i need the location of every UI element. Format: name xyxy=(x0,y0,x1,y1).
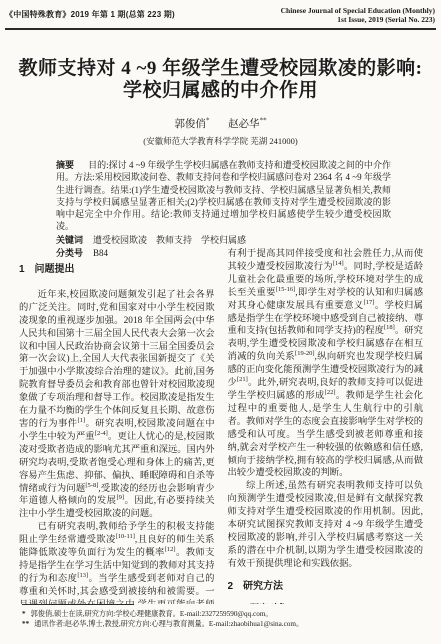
footnote-2-text: 通讯作者:赵必华,博士,教授,研究方向:心理与教育测量。E-mail:zhaob… xyxy=(34,620,303,628)
abstract-label: 摘要 xyxy=(56,160,74,170)
journal-title-cn: 《中国特殊教育》2019 年第 1 期(总第 223 期) xyxy=(5,6,175,20)
section-1-heading: 1 问题提出 xyxy=(19,264,215,277)
article-title-line2: 学校归属感的中介作用 xyxy=(0,80,441,102)
abstract-block: 摘要目的:探讨 4 ~9 年级学生学校归属感在教师支持和遭受校园欺凌之间的中介作… xyxy=(56,159,391,259)
running-head: 《中国特殊教育》2019 年第 1 期(总第 223 期) Chinese Jo… xyxy=(0,0,441,24)
journal-title-en: Chinese Journal of Special Education (Mo… xyxy=(281,6,435,24)
journal-page: 《中国特殊教育》2019 年第 1 期(总第 223 期) Chinese Jo… xyxy=(0,0,441,644)
footnote-2: **通讯作者:赵必华,博士,教授,研究方向:心理与教育测量。E-mail:zha… xyxy=(22,620,421,630)
footnote-area: *郭俊俏,硕士在读,研究方向:学校心理健康教育。E-mail:232725959… xyxy=(22,604,421,629)
abstract-text: 目的:探讨 4 ~9 年级学生学校归属感在教师支持和遭受校园欺凌之间的中介作用。… xyxy=(56,160,391,231)
keywords: 遭受校园欺凌 教师支持 学校归属感 xyxy=(93,235,246,245)
affiliation: (安徽师范大学教育科学学院 芜湖 241000) xyxy=(0,135,441,147)
footnote-rule xyxy=(22,604,134,605)
author-1-footnote-marker: * xyxy=(206,117,210,125)
author-2-footnote-marker: ** xyxy=(260,117,267,125)
journal-title-en-line2: 1st Issue, 2019 (Serial No. 223) xyxy=(281,15,435,24)
journal-title-en-line1: Chinese Journal of Special Education (Mo… xyxy=(281,6,435,15)
paragraph: 已有研究表明,教师给予学生的积极支持能阻止学生经常遭受欺凌[10-11],且良好… xyxy=(19,521,215,604)
article-title-line1: 教师支持对 4 ~9 年级学生遭受校园欺凌的影响: xyxy=(0,58,441,80)
body-columns: 1 问题提出 近年来,校园欺凌问题频发引起了社会各界的广泛关注。同时,党和国家对… xyxy=(19,248,423,604)
footnote-1-text: 郭俊俏,硕士在读,研究方向:学校心理健康教育。E-mail:2327259590… xyxy=(31,610,273,618)
paragraph: 近年来,校园欺凌问题频发引起了社会各界的广泛关注。同时,党和国家对中小学生校园欺… xyxy=(19,289,215,521)
footnote-2-marker: ** xyxy=(22,620,29,628)
keywords-label: 关键词 xyxy=(56,235,83,245)
article-title: 教师支持对 4 ~9 年级学生遭受校园欺凌的影响: 学校归属感的中介作用 xyxy=(0,58,441,102)
paragraph: 有利于提高其同伴接受度和社会胜任力,从而使其较少遭受校园欺凌行为[14]。同时,… xyxy=(228,248,424,480)
author-2: 赵必华** xyxy=(228,119,267,130)
footnote-1-marker: * xyxy=(22,610,26,618)
paragraph: 综上所述,虽然有研究表明教师支持可以负向预测学生遭受校园欺凌,但是鲜有文献探究教… xyxy=(228,480,424,570)
abstract: 摘要目的:探讨 4 ~9 年级学生学校归属感在教师支持和遭受校园欺凌之间的中介作… xyxy=(56,159,391,233)
footnote-1: *郭俊俏,硕士在读,研究方向:学校心理健康教育。E-mail:232725959… xyxy=(22,610,421,620)
left-column: 1 问题提出 近年来,校园欺凌问题频发引起了社会各界的广泛关注。同时,党和国家对… xyxy=(19,248,215,604)
right-column: 有利于提高其同伴接受度和社会胜任力,从而使其较少遭受校园欺凌行为[14]。同时,… xyxy=(228,248,424,604)
header-rule xyxy=(5,28,436,30)
keywords-line: 关键词遭受校园欺凌 教师支持 学校归属感 xyxy=(56,234,391,246)
author-line: 郭俊俏* 赵必华** xyxy=(0,116,441,131)
author-1: 郭俊俏* xyxy=(174,119,209,130)
section-2-heading: 2 研究方法 xyxy=(228,581,424,594)
